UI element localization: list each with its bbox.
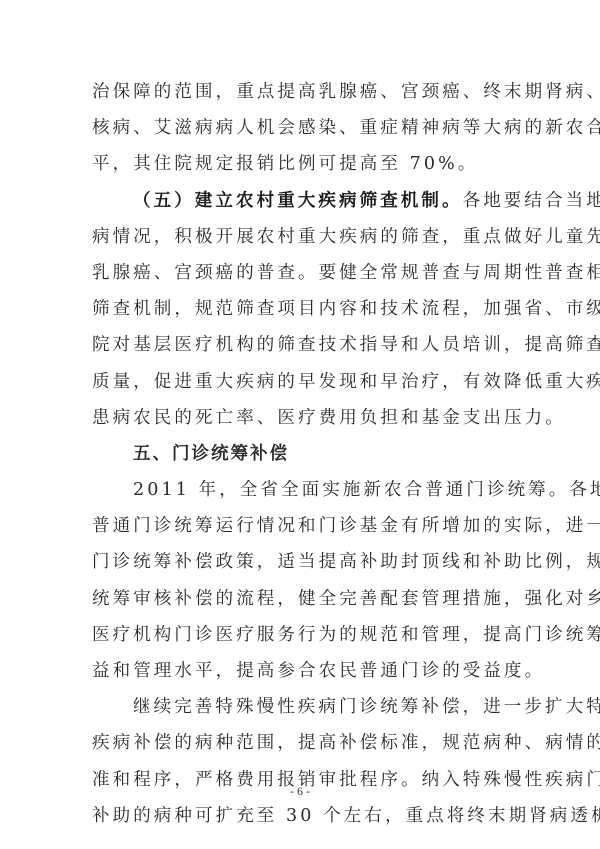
text-line: 病情况，积极开展农村重大疾病的筛查，重点做好儿童先心病、 (92, 219, 512, 255)
text-span: 各地要结合当地大病发 (463, 191, 600, 211)
text-line: 门诊统筹补偿政策，适当提高补助封顶线和补助比例，规范门诊 (92, 544, 512, 580)
paragraph-3: 2011 年，全省全面实施新农合普通门诊统筹。各地要根据 普通门诊统筹运行情况和… (92, 472, 512, 689)
paragraph-4: 继续完善特殊慢性疾病门诊统筹补偿，进一步扩大特殊慢性 疾病补偿的病种范围，提高补… (92, 689, 512, 834)
text-line: 疾病补偿的病种范围，提高补偿标准，规范病种、病情的鉴定标 (92, 725, 512, 761)
text-line: 筛查机制，规范筛查项目内容和技术流程，加强省、市级定点医 (92, 291, 512, 327)
text-line: 治保障的范围，重点提高乳腺癌、宫颈癌、终末期肾病、耐药结 (92, 74, 512, 110)
text-line: 患病农民的死亡率、医疗费用负担和基金支出压力。 (92, 400, 512, 436)
page-number: - 6 - (0, 784, 600, 799)
text-line: 乳腺癌、宫颈癌的普查。要健全常规普查与周期性普查相结合的 (92, 255, 512, 291)
text-line: 继续完善特殊慢性疾病门诊统筹补偿，进一步扩大特殊慢性 (92, 689, 512, 725)
text-line: 补助的病种可扩充至 30 个左右，重点将终末期肾病透析、结核 (92, 798, 512, 834)
text-line: 益和管理水平，提高参合农民普通门诊的受益度。 (92, 653, 512, 689)
paragraph-1: 治保障的范围，重点提高乳腺癌、宫颈癌、终末期肾病、耐药结 核病、艾滋病病人机会感… (92, 74, 512, 183)
section-heading: 五、门诊统筹补偿 (92, 436, 512, 472)
text-line: 质量，促进重大疾病的早发现和早治疗，有效降低重大疾病后期 (92, 364, 512, 400)
text-line: 医疗机构门诊医疗服务行为的规范和管理，提高门诊统筹运行效 (92, 617, 512, 653)
text-line: 2011 年，全省全面实施新农合普通门诊统筹。各地要根据 (92, 472, 512, 508)
text-line: （五）建立农村重大疾病筛查机制。各地要结合当地大病发 (92, 183, 512, 219)
text-line: 平，其住院规定报销比例可提高至 70%。 (92, 146, 512, 182)
document-page: 治保障的范围，重点提高乳腺癌、宫颈癌、终末期肾病、耐药结 核病、艾滋病病人机会感… (92, 74, 512, 834)
paragraph-2: （五）建立农村重大疾病筛查机制。各地要结合当地大病发 病情况，积极开展农村重大疾… (92, 183, 512, 436)
text-line: 院对基层医疗机构的筛查技术指导和人员培训，提高筛查工作的 (92, 327, 512, 363)
text-line: 核病、艾滋病病人机会感染、重症精神病等大病的新农合保障水 (92, 110, 512, 146)
text-line: 统筹审核补偿的流程，健全完善配套管理措施，强化对乡村定点 (92, 581, 512, 617)
text-line: 普通门诊统筹运行情况和门诊基金有所增加的实际，进一步完善 (92, 508, 512, 544)
subsection-heading: （五）建立农村重大疾病筛查机制。 (133, 191, 463, 211)
